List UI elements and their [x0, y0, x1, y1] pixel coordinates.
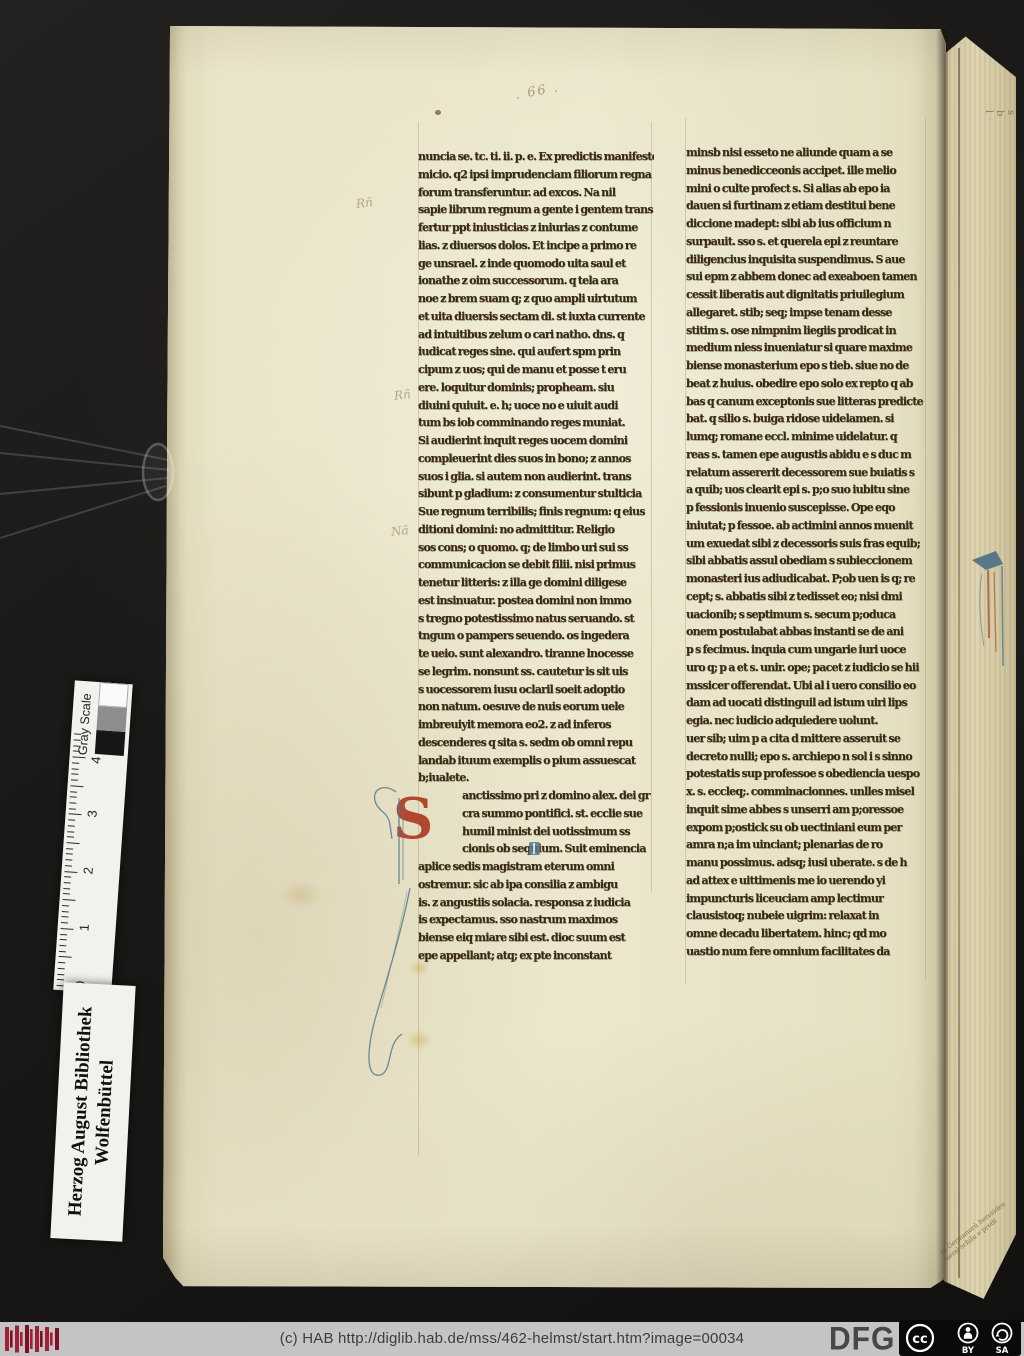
text-line: micio. q2 ipsi imprudenciam filiorum reg…	[418, 166, 654, 184]
ruler-tick	[59, 945, 66, 946]
text-line: lumq; romane eccl. minime uidelatur. q	[686, 428, 926, 446]
text-line: ad intuitibus zelum o cari natho. dns. q	[418, 326, 654, 344]
text-line: medium niess inueniatur si quare maxime	[686, 339, 926, 357]
text-line: is expectamus. sso nastrum maximos	[418, 911, 654, 929]
folio-number: . 66 .	[514, 80, 561, 103]
text-line: noe z brem suam q; z quo ampli uirtutum	[418, 290, 654, 308]
gray-scale-ruler: 0 1 2 3 4 Gray Scale	[53, 680, 132, 993]
ruler-tick	[59, 956, 72, 958]
ruler-tick	[61, 928, 74, 930]
ink-speck	[435, 110, 441, 115]
text-line: uastio num fere omnium facilitates da	[686, 943, 926, 961]
text-line: ad attex e uittimenis me io uerendo yi	[686, 872, 926, 890]
gutter-inscription: scriptū est	[147, 914, 156, 990]
text-line: mini o culte profect s. Si alias ab epo …	[686, 180, 926, 198]
margin-note: Rñ	[393, 387, 411, 403]
text-line: decreto nulli; epo s. archiepo n sol i s…	[686, 748, 926, 766]
ruler-tick	[68, 825, 75, 826]
text-line: uer sib; uim p a cita d mittere asseruit…	[686, 730, 926, 748]
sa-label: SA	[996, 1346, 1009, 1356]
text-line: minus benedicceonis accipet. ille melio	[686, 162, 926, 180]
text-line: est insinuatur. postea domini non immo	[418, 592, 654, 610]
text-line: compleuerint dies suos in bono; z annos	[418, 450, 654, 468]
text-line: sos cons; o quomo. q; de limbo uri sui s…	[418, 539, 654, 557]
ruler-tick	[67, 831, 74, 832]
text-line: dauen si furtinam z etiam destitui bene	[686, 197, 926, 215]
text-line: reas s. tamen epe augustis abidu e s duc…	[686, 446, 926, 464]
text-line: diccione madept: sibi ab ius officium n	[686, 215, 926, 233]
fore-edge-flourish	[958, 540, 1018, 680]
text-column-left-upper: nuncia se. tc. ti. ii. p. e. Ex predicti…	[418, 148, 654, 787]
ruler-ticks	[53, 680, 75, 989]
ruler-tick	[64, 876, 71, 877]
ruler-tick	[70, 785, 83, 787]
ruler-tick	[66, 854, 73, 855]
text-line: ostremur. sic ab ipa consilia z ambigu	[418, 876, 654, 894]
text-line: expom p;ostick su ob uectiniani eum per	[686, 819, 926, 837]
ruler-tick	[61, 916, 68, 917]
calibration-patch-white	[98, 682, 129, 708]
text-line: cra summo pontifici. st. ecclie sue	[418, 805, 654, 823]
text-line: humil minist dei uotissimum ss	[418, 823, 654, 841]
text-line: mssicer offerendat. Ubi al i uero consil…	[686, 677, 926, 695]
ruler-tick	[60, 933, 67, 934]
margin-note: Nã	[390, 523, 409, 539]
text-line: s uocessorem iusu oclaril soeit adoptio	[418, 681, 654, 699]
ruler-tick	[63, 894, 70, 895]
text-line: p s fecimus. inquia cum ungarie iuri uoc…	[686, 641, 926, 659]
text-line: diligencius inquisita suspendimus. S aue	[686, 251, 926, 269]
text-line: aplice sedis magistram eterum omni	[418, 858, 654, 876]
text-line: sui epm z abbem donec ad exeaboen tamen	[686, 268, 926, 286]
ruler-tick	[65, 859, 72, 860]
ruler-tick	[62, 911, 69, 912]
ruler-tick	[62, 905, 69, 906]
text-line: nuncia se. tc. ti. ii. p. e. Ex predicti…	[418, 148, 654, 166]
ruler-tick	[72, 757, 85, 759]
text-line: sibi abbatis assul obediam s subieccione…	[686, 552, 926, 570]
ruler-tick	[67, 836, 74, 837]
text-line: sibunt p gladium: z consumentur stultici…	[418, 485, 654, 503]
text-line: landab ituum exemplis o pium assuescat	[418, 752, 654, 770]
text-line: amra n;a im uinciant; plenarias de ro	[686, 836, 926, 854]
text-line: minsb nisi esseto ne aliunde quam a se	[686, 144, 926, 162]
text-line: surpauit. sso s. et querela epi z reunta…	[686, 233, 926, 251]
text-line: biense monasterium epo s tieb. siue no d…	[686, 357, 926, 375]
ruler-tick	[67, 842, 80, 844]
text-line: bas q canum exceptonis sue litteras pred…	[686, 393, 926, 411]
gray-scale-label: Gray Scale	[76, 693, 94, 756]
text-line: potestatis sup professoe s obediencia ue…	[686, 765, 926, 783]
text-line: Si audierint inquit reges uocem domini	[418, 432, 654, 450]
ruler-tick	[72, 762, 79, 763]
ruler-tick	[65, 865, 72, 866]
ruler-tick	[58, 968, 65, 969]
svg-text:cc: cc	[912, 1332, 927, 1347]
text-line: cipum z uos; qui de manu et posse t eru	[418, 361, 654, 379]
text-line: se legrim. nonsunt ss. cautetur is sit u…	[418, 663, 654, 681]
text-line: onem postulabat abbas instanti se de ani	[686, 623, 926, 641]
text-line: beat z huius. obedire epo solo ex repto …	[686, 375, 926, 393]
text-line: b;iualete.	[418, 769, 654, 787]
text-line: iniutat; p fessoe. ab actimini annos mue…	[686, 517, 926, 535]
paragraph-mark	[529, 842, 540, 855]
text-line: tenetur litteris: z illa ge domini dilig…	[418, 574, 654, 592]
text-line: tum bs iob comminando reges muniat.	[418, 414, 654, 432]
text-line: omne decadu libertatem. hinc; qd mo	[686, 925, 926, 943]
text-line: descenderes q sita s. sedm ob omni repu	[418, 734, 654, 752]
by-label: BY	[962, 1346, 975, 1356]
ruler-tick	[64, 882, 71, 883]
text-line: epe appellant; atq; ex pte inconstant	[418, 947, 654, 965]
text-line: dam ad uocati distinguil ad istum uiri l…	[686, 694, 926, 712]
text-line: um exuedat sibi z decessoris suis fras e…	[686, 535, 926, 553]
text-line: lias. z diuersos dolos. Et incipe a prim…	[418, 237, 654, 255]
text-line: ditioni domini: no admittitur. Religio	[418, 521, 654, 539]
ruler-tick	[71, 774, 78, 775]
ruler-tick	[63, 899, 76, 901]
parchment-stain	[406, 1030, 432, 1050]
ruler-tick	[68, 814, 81, 816]
ruler-tick	[65, 871, 78, 873]
ruler-number: 3	[84, 805, 100, 822]
library-city: Wolfenbüttel	[90, 1059, 119, 1166]
ruler-tick	[69, 802, 76, 803]
text-line: suos i glia. si autem non audierint. tra…	[418, 468, 654, 486]
text-line: sapie librum regnum a gente i gentem tra…	[418, 201, 654, 219]
text-line: anctissimo pri z domino alex. dei gr	[418, 787, 654, 805]
ruler-tick	[68, 819, 75, 820]
text-column-left-lower: anctissimo pri z domino alex. dei grcra …	[418, 787, 654, 965]
library-label: Herzog August Bibliothek Wolfenbüttel	[50, 982, 135, 1241]
page-holder-clip	[0, 398, 180, 588]
text-line: diuini quiuit. e. h; uoce no e uiuit aud…	[418, 397, 654, 415]
text-line: p fessionis inuenio suscepisse. Ope eqo	[686, 499, 926, 517]
ruler-tick	[58, 962, 65, 963]
ruler-tick	[61, 922, 68, 923]
ruler-tick	[66, 848, 73, 849]
manuscript-page: . 66 . Rñ Rñ Nã nuncia se. tc. ti. ii. p…	[163, 26, 946, 1288]
text-line: Sue regnum terribilis; finis regnum: q e…	[418, 503, 654, 521]
text-line: te ueio. sunt alexandro. tiranne lnocess…	[418, 645, 654, 663]
text-line: imbreuiyit memora eo2. z ad inferos	[418, 716, 654, 734]
calibration-patch-black	[95, 730, 126, 756]
dfg-logo: DFG	[829, 1322, 895, 1356]
ruler-tick	[63, 888, 70, 889]
text-line: ere. loquitur dominis; propheam. siu	[418, 379, 654, 397]
text-line: non natum. oesuve de nuis eorum uele	[418, 698, 654, 716]
ruler-tick	[71, 779, 78, 780]
text-line: iudicat reges sine. qui aufert spm prin	[418, 343, 654, 361]
text-line: et uita diuersis sectam di. st iuxta cur…	[418, 308, 654, 326]
text-column-right: minsb nisi esseto ne aliunde quam a semi…	[686, 144, 926, 961]
ruler-face: 0 1 2 3 4 Gray Scale	[53, 680, 132, 993]
ruler-tick	[70, 791, 77, 792]
text-line: manu possimus. adsq; iusi uberate. s de …	[686, 854, 926, 872]
ruler-tick	[69, 808, 76, 809]
library-label-face: Herzog August Bibliothek Wolfenbüttel	[50, 982, 135, 1241]
text-line: relatum assererit decessorem sue buiatis…	[686, 464, 926, 482]
filigree-lines	[369, 788, 410, 1076]
ruler-number: 1	[76, 919, 92, 936]
ruler-tick	[57, 979, 64, 980]
text-line: communicacion se debit filii. nisi primu…	[418, 556, 654, 574]
text-line: cept; s. abbatis sibi z tedisset eo; nis…	[686, 588, 926, 606]
ruler-tick	[70, 797, 77, 798]
text-line: inquit sime abbes s unserri am p;oressoe	[686, 801, 926, 819]
text-line: egia. nec iudicio adquiedere uolunt.	[686, 712, 926, 730]
text-line: cessit liberatis aut dignitatis priuileg…	[686, 286, 926, 304]
parchment-stain	[279, 880, 323, 910]
text-line: uacionib; s septimum s. secum p;oduca	[686, 606, 926, 624]
text-line: is. z angustiis solacia. responsa z iudi…	[418, 894, 654, 912]
text-line: stitim s. ose nimpnim liegiis prodicat i…	[686, 322, 926, 340]
ruler-tick	[59, 951, 66, 952]
edge-shelfmark: s b l	[983, 110, 1016, 120]
text-line: allegaret. stib; seq; impse tenam desse	[686, 304, 926, 322]
text-line: impuncturis liceuciam amp lectimur	[686, 890, 926, 908]
ruler-number: 2	[80, 862, 96, 879]
text-line: uro q; p a et s. unir. ope; pacet z iudi…	[686, 659, 926, 677]
text-line: ionathe z oim successorum. q tela ara	[418, 272, 654, 290]
margin-note: Rñ	[355, 195, 373, 211]
ruler-tick	[60, 939, 67, 940]
cc-license-badge: cc BY SA	[899, 1320, 1021, 1356]
text-line: biense eiq miare sibi est. dioc suum est	[418, 929, 654, 947]
ruler-tick	[72, 768, 79, 769]
text-line: ge unsrael. z inde quomodo uita saul et	[418, 255, 654, 273]
text-line: forum transferuntur. ad excos. Na nil	[418, 184, 654, 202]
text-line: clausistoq; nubeie uigrim: relaxat in	[686, 907, 926, 925]
text-line: a quib; uos clearit epi s. p;o suo iubit…	[686, 481, 926, 499]
text-line: x. s. eccleq;. comminacionnes. unlles mi…	[686, 783, 926, 801]
text-line: fertur ppt iniusticias z iniurias z cont…	[418, 219, 654, 237]
ruler-tick	[57, 973, 64, 974]
text-line: monasteri ius adiudicabat. P;ob uen is q…	[686, 570, 926, 588]
text-line: bat. q silio s. buiga ridose uidelamen. …	[686, 410, 926, 428]
text-line: s tregno potestissimo natus seruando. st	[418, 610, 654, 628]
text-line: tngum o pampers seuendo. os ingedera	[418, 627, 654, 645]
calibration-patch-gray	[96, 706, 127, 732]
